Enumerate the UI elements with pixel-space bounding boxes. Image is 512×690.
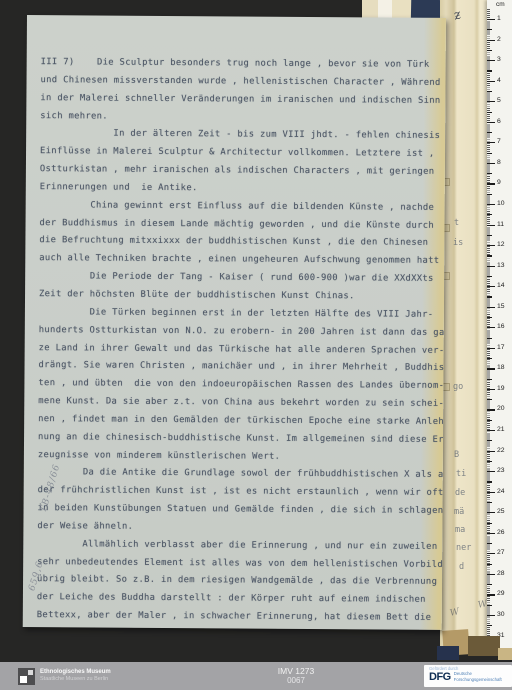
ruler-number: 29: [497, 591, 505, 598]
scan-viewport: ƶ W W tisgoBtidemämanerdAldeob cm 123456…: [0, 0, 512, 690]
ruler-number: 18: [497, 365, 505, 372]
ruler-half-tick: [487, 605, 492, 606]
ruler-number: 27: [497, 550, 505, 557]
stack-text-fragment: t: [454, 218, 459, 228]
ruler-tick: [487, 266, 495, 267]
ruler-number: 10: [497, 201, 505, 208]
ruler-half-tick: [487, 173, 492, 174]
ruler-number: 20: [497, 406, 505, 413]
footer-bar: Ethnologisches Museum Staatliche Museen …: [0, 662, 512, 690]
ruler-number: 28: [497, 571, 505, 578]
ruler-tick: [487, 40, 495, 41]
ruler-tick: [487, 368, 495, 369]
ruler-half-tick: [487, 255, 492, 256]
ruler-half-tick: [487, 70, 492, 71]
ruler-half-tick: [487, 461, 492, 462]
paper-scrap-navy: [437, 646, 459, 660]
stack-text-fragment: mä: [454, 507, 464, 517]
ruler-tick: [487, 553, 495, 554]
ruler-number: 17: [497, 345, 505, 352]
ruler-half-tick: [487, 317, 492, 318]
ruler-tick: [487, 327, 495, 328]
ruler-number: 4: [497, 78, 501, 85]
ruler-half-tick: [487, 276, 492, 277]
typed-page: III 7) Die Sculptur besonders trug noch …: [23, 15, 446, 630]
ruler-tick: [487, 245, 495, 246]
ruler-tick: [487, 101, 495, 102]
ruler-half-tick: [487, 379, 492, 380]
stack-text-fragment: go: [453, 382, 463, 392]
stack-text-fragment: ma: [455, 525, 465, 535]
typed-text: III 7) Die Sculptur besonders trug noch …: [37, 57, 446, 630]
museum-subtitle: Staatliche Museen zu Berlin: [40, 676, 111, 683]
ruler-number: 3: [497, 57, 501, 64]
ruler-half-tick: [487, 214, 492, 215]
ruler-half-tick: [487, 584, 492, 585]
ruler-number: 6: [497, 119, 501, 126]
ruler-number: 7: [497, 139, 501, 146]
ruler-tick: [487, 348, 495, 349]
ruler-half-tick: [487, 481, 492, 482]
museum-logo-icon: [18, 668, 35, 685]
ruler-half-tick: [487, 399, 492, 400]
archive-id: IMV 1273: [168, 666, 424, 676]
ruler-tick: [487, 615, 495, 616]
ruler-tick: [487, 574, 495, 575]
ruler-half-tick: [487, 440, 492, 441]
ruler-number: 25: [497, 509, 505, 516]
dfg-logo: DFG: [429, 671, 451, 683]
ruler-tick: [487, 286, 495, 287]
handwritten-mark: W: [449, 607, 460, 619]
ruler-tick: [487, 389, 495, 390]
ruler-tick: [487, 492, 495, 493]
ruler-half-tick: [487, 543, 492, 544]
ruler-tick: [487, 307, 495, 308]
museum-branding: Ethnologisches Museum Staatliche Museen …: [18, 668, 168, 685]
ruler-number: 30: [497, 612, 505, 619]
ruler-half-tick: [487, 358, 492, 359]
ruler-number: 23: [497, 468, 505, 475]
ruler-unit-label: cm: [496, 1, 505, 8]
stack-text-fragment: d: [459, 562, 464, 572]
ruler-number: 19: [497, 386, 505, 393]
ruler-number: 1: [497, 16, 501, 23]
ruler-half-tick: [487, 338, 492, 339]
ruler-number: 5: [497, 98, 501, 105]
ruler-tick: [487, 471, 495, 472]
ruler-number: 26: [497, 530, 505, 537]
ruler-tick: [487, 512, 495, 513]
ruler-number: 14: [497, 283, 505, 290]
ruler-tick: [487, 594, 495, 595]
ruler-number: 8: [497, 160, 501, 167]
ruler-half-tick: [487, 132, 492, 133]
ruler-number: 13: [497, 263, 505, 270]
paper-scrap-tan-2: [498, 648, 512, 660]
ruler-tick: [487, 163, 495, 164]
stack-text-fragment: ner: [456, 543, 471, 553]
ruler-tick: [487, 430, 495, 431]
ruler-number: 2: [497, 37, 501, 44]
stack-text-fragment: B: [454, 450, 459, 460]
ruler-tick: [487, 183, 495, 184]
ruler-half-tick: [487, 112, 492, 113]
ruler-tick: [487, 142, 495, 143]
ruler-tick: [487, 451, 495, 452]
ruler-half-tick: [487, 502, 492, 503]
ruler-tick: [487, 122, 495, 123]
museum-name: Ethnologisches Museum: [40, 669, 111, 677]
stack-text-fragment: is: [453, 238, 463, 248]
ruler-number: 21: [497, 427, 505, 434]
ruler-tick: [487, 533, 495, 534]
ruler-half-tick: [487, 564, 492, 565]
ruler-half-tick: [487, 235, 492, 236]
ruler-tick: [487, 225, 495, 226]
archive-identifier: IMV 1273 0067: [168, 666, 424, 686]
stack-text-fragment: ti: [456, 469, 466, 479]
ruler-tick: [487, 81, 495, 82]
ruler-half-tick: [487, 296, 492, 297]
ruler-half-tick: [487, 153, 492, 154]
ruler-number: 12: [497, 242, 505, 249]
ruler-half-tick: [487, 91, 492, 92]
ruler-number: 15: [497, 304, 505, 311]
typed-line: Bettexx, aber der Maler , in schwacher E…: [37, 610, 442, 630]
ruler-number: 24: [497, 489, 505, 496]
dfg-logo-box: Gefördert durch DFG Deutsche Forschungsg…: [424, 665, 512, 687]
ruler-tick: [487, 19, 495, 20]
ruler-half-tick: [487, 29, 492, 30]
stack-text-fragment: de: [455, 488, 465, 498]
ruler-number: 16: [497, 324, 505, 331]
ruler-tick: [487, 204, 495, 205]
ruler: cm 1234567891011121314151617181920212223…: [487, 0, 512, 652]
ruler-tick: [487, 409, 495, 410]
ruler-half-tick: [487, 50, 492, 51]
handwritten-mark: ƶ: [452, 7, 463, 23]
ruler-half-tick: [487, 194, 492, 195]
page-number: 0067: [168, 676, 424, 686]
ruler-half-tick: [487, 420, 492, 421]
ruler-number: 11: [497, 222, 504, 229]
paper-scrap-brown: [468, 636, 500, 656]
dfg-full-name: Deutsche Forschungsgemeinschaft: [454, 671, 502, 682]
ruler-half-tick: [487, 625, 492, 626]
ruler-tick: [487, 60, 495, 61]
ruler-half-tick: [487, 523, 492, 524]
ruler-number: 9: [497, 180, 501, 187]
ruler-number: 22: [497, 448, 505, 455]
